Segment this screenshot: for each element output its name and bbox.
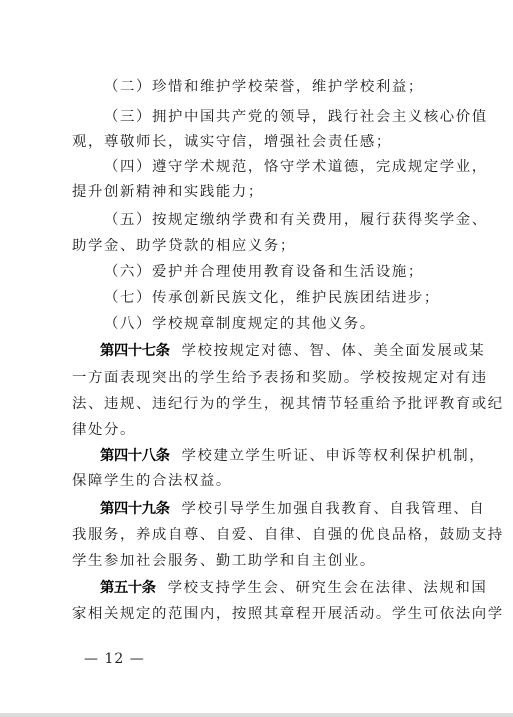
text-line: 助学金、助学贷款的相应义务； [72, 237, 444, 255]
line-text: 学校支持学生会、研究生会在法律、法规和国 [168, 580, 488, 596]
text-line: （八）学校规章制度规定的其他义务。 [104, 315, 444, 333]
document-page: （二）珍惜和维护学校荣誉，维护学校利益； （三）拥护中国共产党的领导，践行社会主… [0, 0, 513, 710]
page-bottom-edge [0, 713, 513, 717]
text-line: （四）遵守学术规范，恪守学术道德，完成规定学业， [104, 158, 444, 176]
text-line: 学生参加社会服务、勤工助学和自主创业。 [72, 552, 444, 570]
text-line: 保障学生的合法权益。 [72, 472, 444, 490]
article-title: 第五十条 [100, 580, 156, 596]
article-48: 第四十八条学校建立学生听证、申诉等权利保护机制， [100, 447, 472, 465]
text-line: （六）爱护并合理使用教育设备和生活设施； [104, 263, 444, 281]
line-text: 我服务，养成自尊、自爱、自律、自强的优良品格，鼓励支持 [72, 527, 504, 543]
article-title: 第四十八条 [100, 448, 169, 464]
line-text: （三）拥护中国共产党的领导，践行社会主义核心价值 [104, 109, 488, 125]
article-title: 第四十九条 [100, 501, 169, 517]
line-text: 家相关规定的范围内，按照其章程开展活动。学生可依法向学 [72, 606, 504, 622]
text-line: 观，尊敬师长，诚实守信，增强社会责任感； [72, 133, 444, 151]
line-text: 学生参加社会服务、勤工助学和自主创业。 [72, 553, 376, 569]
line-text: （八）学校规章制度规定的其他义务。 [104, 316, 376, 332]
article-title: 第四十七条 [100, 343, 169, 359]
line-text: 保障学生的合法权益。 [72, 473, 232, 489]
line-text: 一方面表现突出的学生给予表扬和奖励。学校按规定对有违 [72, 370, 488, 386]
text-line: （五）按规定缴纳学费和有关费用，履行获得奖学金、 [104, 211, 444, 229]
line-text: 助学金、助学贷款的相应义务； [72, 238, 296, 254]
line-text: 观，尊敬师长，诚实守信，增强社会责任感； [72, 134, 392, 150]
text-line: 提升创新精神和实践能力； [72, 183, 444, 201]
line-text: 学校建立学生听证、申诉等权利保护机制， [181, 448, 485, 464]
article-50: 第五十条学校支持学生会、研究生会在法律、法规和国 [100, 579, 472, 597]
text-line: 法、违规、违纪行为的学生，视其情节轻重给予批评教育或纪 [72, 395, 444, 413]
text-line: （七）传承创新民族文化，维护民族团结进步； [104, 289, 444, 307]
line-text: （五）按规定缴纳学费和有关费用，履行获得奖学金、 [104, 212, 488, 228]
page-number: — 12 — [84, 650, 145, 668]
text-line: 律处分。 [72, 421, 444, 439]
line-text: （六）爱护并合理使用教育设备和生活设施； [104, 264, 424, 280]
line-text: 律处分。 [72, 422, 136, 438]
line-text: （二）珍惜和维护学校荣誉，维护学校利益； [104, 79, 424, 95]
text-line: 我服务，养成自尊、自爱、自律、自强的优良品格，鼓励支持 [72, 526, 444, 544]
text-line: 一方面表现突出的学生给予表扬和奖励。学校按规定对有违 [72, 369, 444, 387]
line-text: 提升创新精神和实践能力； [72, 184, 264, 200]
text-line: （二）珍惜和维护学校荣誉，维护学校利益； [104, 78, 444, 96]
text-line: （三）拥护中国共产党的领导，践行社会主义核心价值 [104, 108, 444, 126]
line-text: 法、违规、违纪行为的学生，视其情节轻重给予批评教育或纪 [72, 396, 504, 412]
line-text: 学校引导学生加强自我教育、自我管理、自 [181, 501, 485, 517]
line-text: （七）传承创新民族文化，维护民族团结进步； [104, 290, 440, 306]
text-line: 家相关规定的范围内，按照其章程开展活动。学生可依法向学 [72, 605, 444, 623]
article-47: 第四十七条学校按规定对德、智、体、美全面发展或某 [100, 342, 472, 360]
line-text: 学校按规定对德、智、体、美全面发展或某 [181, 343, 485, 359]
article-49: 第四十九条学校引导学生加强自我教育、自我管理、自 [100, 500, 472, 518]
line-text: （四）遵守学术规范，恪守学术道德，完成规定学业， [104, 159, 488, 175]
